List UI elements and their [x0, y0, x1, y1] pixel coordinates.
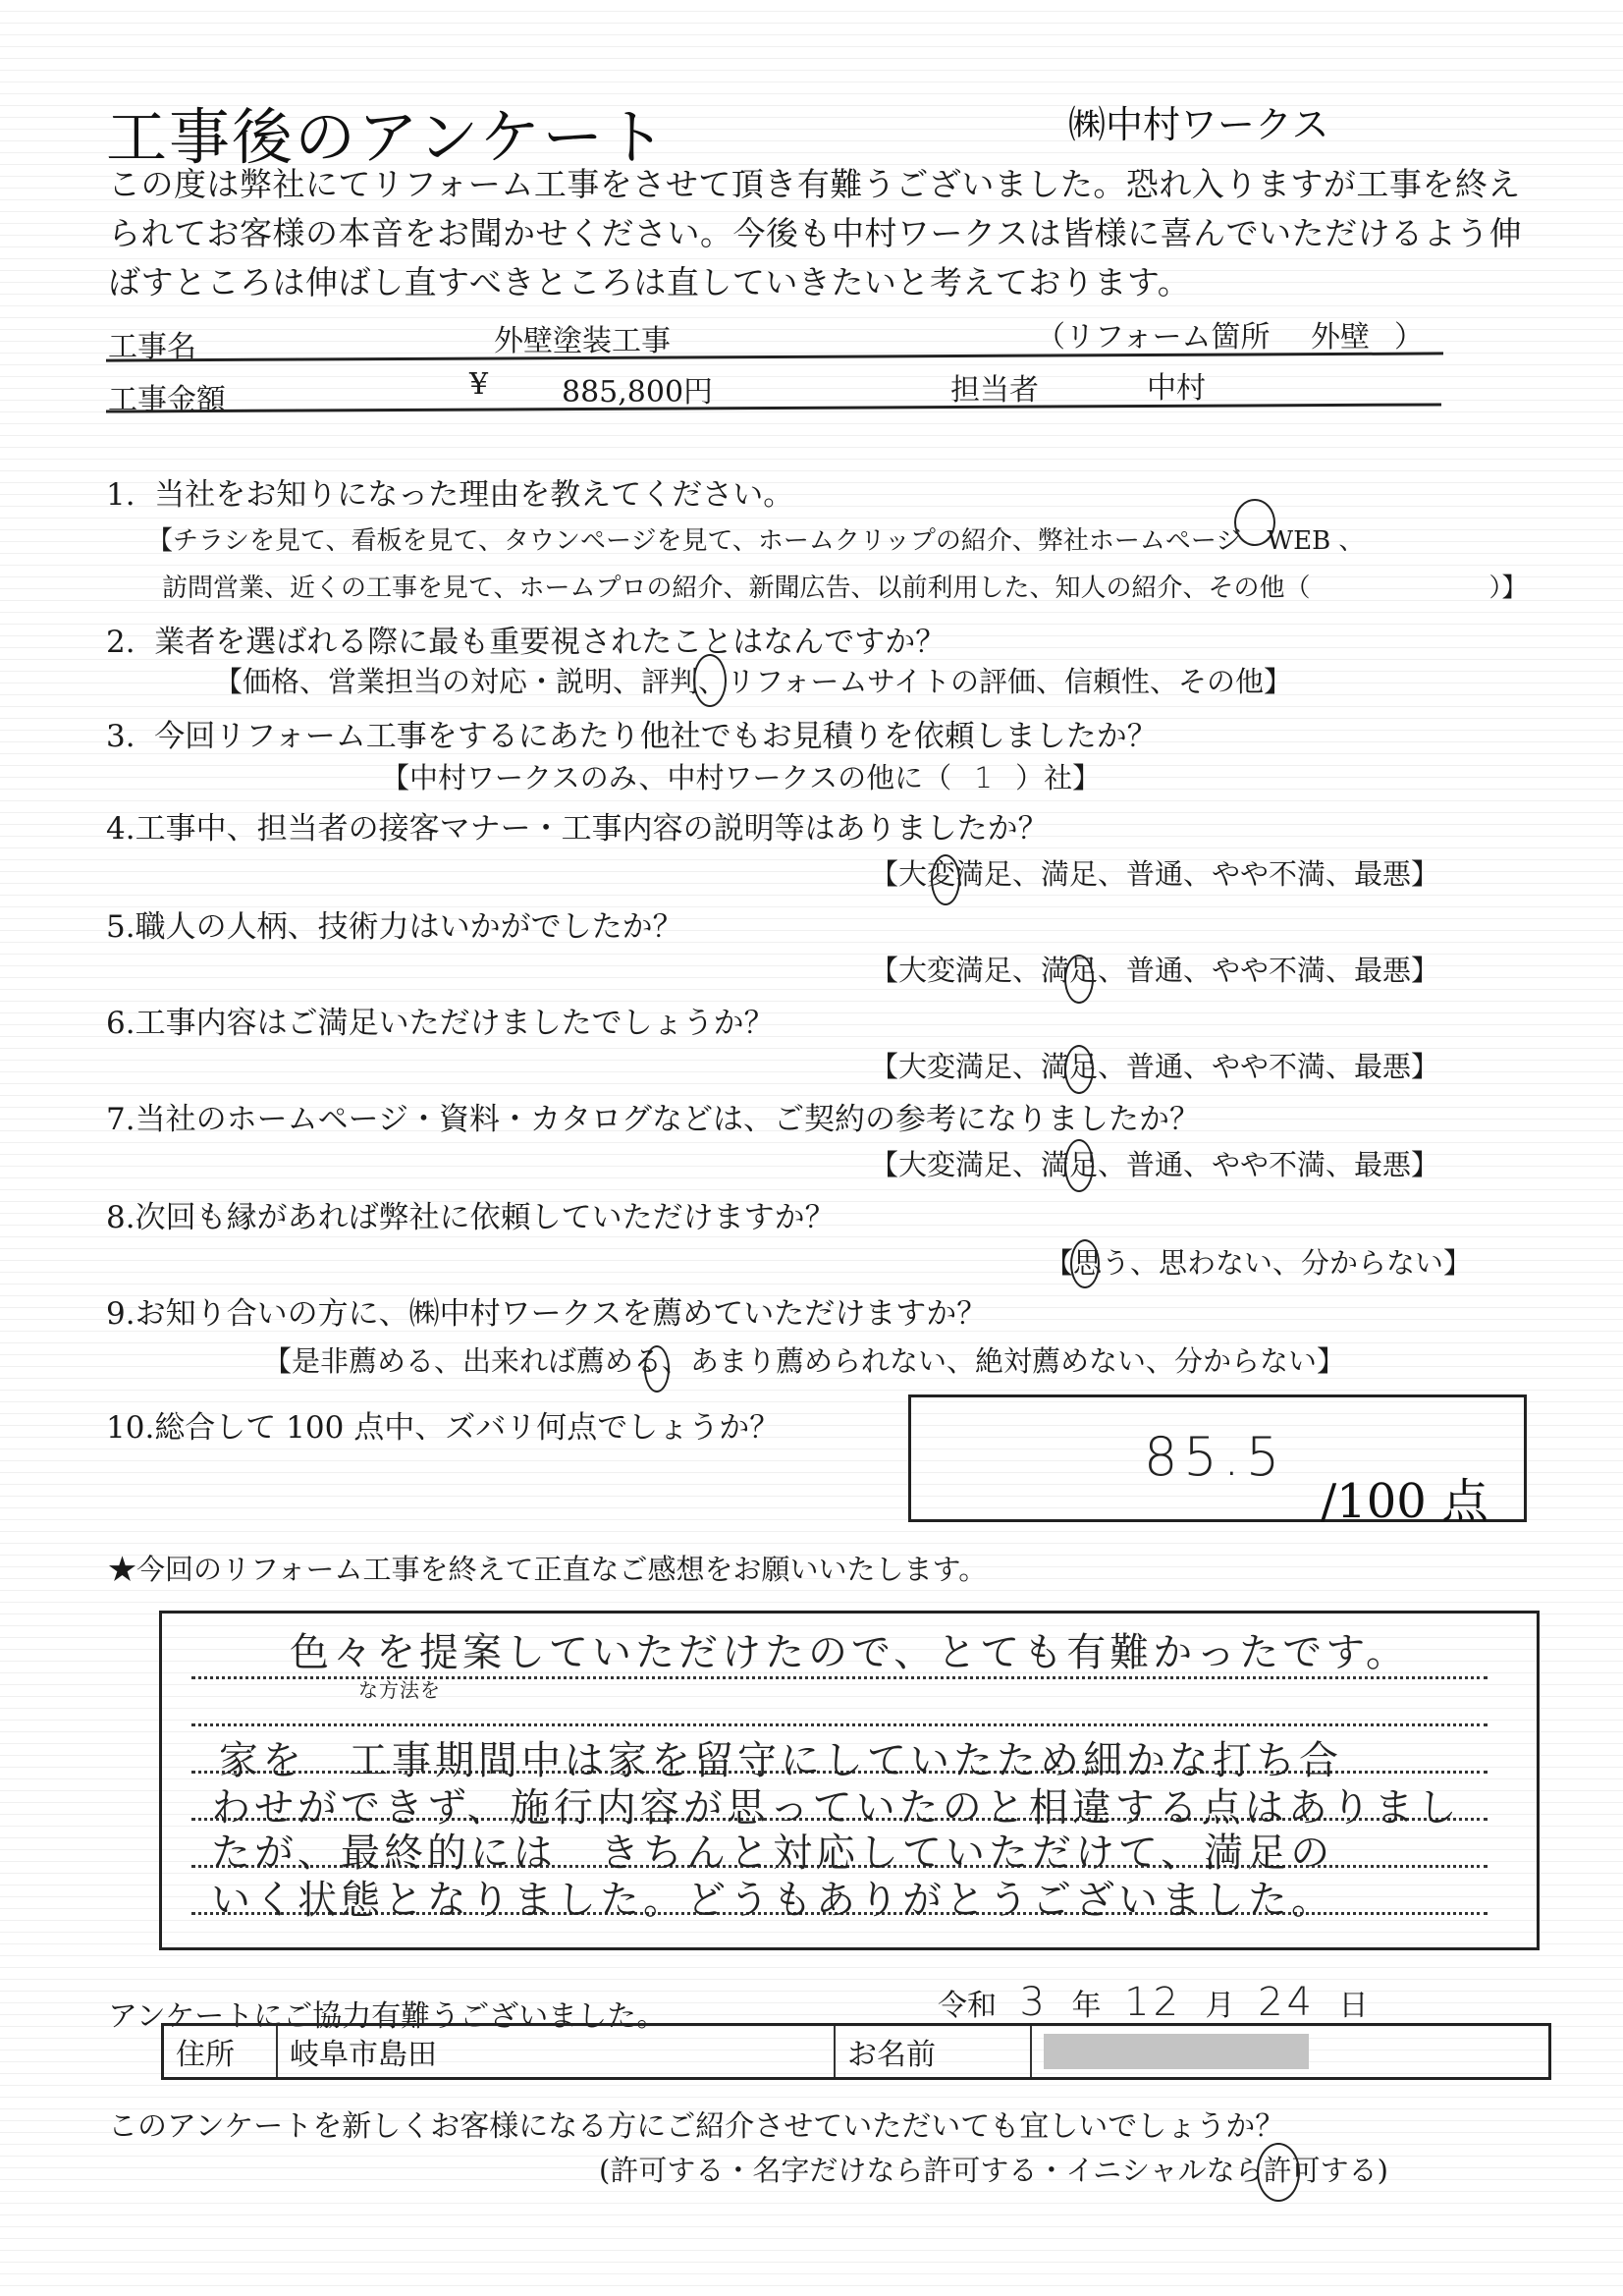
question-1-options-line-1: 【チラシを見て、看板を見て、タウンページを見て、ホームクリップの紹介、弊社ホーム… — [147, 520, 1364, 557]
comment-annotation: な方法を — [358, 1674, 441, 1703]
question-3: 3. 今回リフォーム工事をするにあたり他社でもお見積りを依頼しましたか？ — [106, 711, 1158, 755]
comments-prompt: ★今回のリフォーム工事を終えて正直なご感想をお願いいたします。 — [108, 1548, 987, 1588]
question-1-number: 1. — [106, 477, 135, 513]
question-6-options: 【大変満足、満足、普通、やや不満、最悪】 — [870, 1045, 1439, 1085]
question-3-options: 【中村ワークスのみ、中村ワークスの他に（ 1 ）社】 — [381, 756, 1101, 796]
comment-line-5: いく状態となりました。どうもありがとうございました。 — [211, 1869, 1334, 1925]
address-label: 住所 — [164, 2026, 278, 2077]
intro-line-2: られてお客様の本音をお聞かせください。今後も中村ワークスは皆様に喜んでいただける… — [108, 208, 1522, 254]
project-amount-underline — [106, 403, 1441, 412]
question-9: 9.お知り合いの方に、㈱中村ワークスを薦めていただけますか？ — [106, 1288, 987, 1333]
question-7-number: 7. — [106, 1102, 135, 1137]
question-8-options: 【思う、思わない、分からない】 — [1045, 1241, 1472, 1282]
comment-line-divider — [191, 1723, 1488, 1726]
name-label: お名前 — [836, 2026, 1032, 2077]
project-name-value: 外壁塗装工事 — [494, 316, 671, 359]
question-7: 7.当社のホームページ・資料・カタログなどは、ご契約の参考になりましたか？ — [106, 1094, 1200, 1138]
score-suffix: /100 点 — [1321, 1463, 1488, 1531]
question-4-selection-circle[interactable] — [931, 854, 960, 905]
question-3-text: 今回リフォーム工事をするにあたり他社でもお見積りを依頼しましたか？ — [154, 719, 1157, 754]
comment-line-1: 色々を提案していただけたので、とても有難かったです。 — [290, 1621, 1409, 1677]
question-8-number: 8. — [106, 1200, 135, 1235]
date-year[interactable]: 3 — [1020, 1980, 1049, 2025]
question-5: 5.職人の人柄、技術力はいかがでしたか？ — [106, 902, 683, 946]
project-location-suffix: ） — [1394, 312, 1424, 355]
question-2-options: 【価格、営業担当の対応・説明、評判、リフォームサイトの評価、信頼性、その他】 — [214, 660, 1292, 700]
date-day-unit: 日 — [1339, 1989, 1369, 2023]
intro-line-1: この度は弊社にてリフォーム工事をさせて頂き有難うございました。恐れ入りますが工事… — [108, 159, 1521, 205]
address-value[interactable]: 岐阜市島田 — [278, 2026, 836, 2077]
date-month[interactable]: 12 — [1124, 1980, 1182, 2025]
question-4-number: 4. — [106, 811, 135, 847]
other-company-count[interactable]: 1 — [960, 761, 1005, 794]
project-location-value: 外壁 — [1311, 312, 1370, 355]
question-5-selection-circle[interactable] — [1064, 955, 1094, 1004]
question-2-text: 業者を選ばれる際に最も重要視されたことはなんですか？ — [154, 625, 946, 660]
question-1-selection-circle[interactable] — [1234, 499, 1275, 546]
question-10-number: 10. — [106, 1410, 154, 1446]
question-8-selection-circle[interactable] — [1070, 1239, 1100, 1288]
staff-value: 中村 — [1147, 363, 1206, 407]
question-3-number: 3. — [106, 719, 135, 754]
question-4: 4.工事中、担当者の接客マナー・工事内容の説明等はありましたか？ — [106, 803, 1049, 847]
comments-box[interactable]: 色々を提案していただけたので、とても有難かったです。 な方法を 家を 工事期間中… — [159, 1611, 1540, 1950]
question-1: 1. 当社をお知りになった理由を教えてください。 — [106, 469, 793, 514]
question-10: 10.総合して 100 点中、ズバリ何点でしょうか？ — [106, 1402, 780, 1447]
date-day[interactable]: 24 — [1258, 1980, 1316, 2025]
question-7-options: 【大変満足、満足、普通、やや不満、最悪】 — [870, 1143, 1439, 1183]
question-6: 6.工事内容はご満足いただけましたでしょうか？ — [106, 998, 775, 1042]
project-location-prefix: （リフォーム箇所 — [1036, 312, 1271, 355]
question-9-options: 【是非薦める、出来れば薦める、あまり薦められない、絶対薦めない、分からない】 — [263, 1339, 1345, 1380]
question-9-text: お知り合いの方に、㈱中村ワークスを薦めていただけますか？ — [135, 1296, 988, 1332]
question-5-text: 職人の人柄、技術力はいかがでしたか？ — [135, 909, 683, 945]
project-amount-currency: ¥ — [469, 367, 488, 402]
question-9-selection-circle[interactable] — [644, 1345, 670, 1393]
company-name: ㈱中村ワークス — [1068, 94, 1329, 148]
question-2-selection-circle[interactable] — [693, 654, 727, 707]
date-month-unit: 月 — [1206, 1989, 1235, 2023]
question-6-number: 6. — [106, 1006, 135, 1041]
permission-question: このアンケートを新しくお客様になる方にご紹介させていただいても宜しいでしょうか？ — [108, 2102, 1284, 2145]
question-5-number: 5. — [106, 909, 135, 945]
redacted-name-block — [1044, 2034, 1309, 2069]
question-2-number: 2. — [106, 625, 135, 660]
question-6-selection-circle[interactable] — [1064, 1045, 1094, 1094]
question-1-options-line-2: 訪問営業、近くの工事を見て、ホームプロの紹介、新聞広告、以前利用した、知人の紹介… — [162, 568, 1527, 604]
staff-label: 担当者 — [950, 365, 1039, 409]
intro-line-3: ばすところは伸ばし直すべきところは直していきたいと考えております。 — [108, 257, 1190, 303]
date-year-unit: 年 — [1072, 1989, 1102, 2023]
question-6-text: 工事内容はご満足いただけましたでしょうか？ — [135, 1006, 775, 1041]
project-name-underline — [106, 352, 1443, 361]
question-7-text: 当社のホームページ・資料・カタログなどは、ご契約の参考になりましたか？ — [135, 1102, 1200, 1137]
name-value[interactable] — [1032, 2026, 1548, 2077]
question-4-text: 工事中、担当者の接客マナー・工事内容の説明等はありましたか？ — [135, 811, 1049, 847]
question-3-options-suffix: ）社】 — [1015, 761, 1101, 794]
question-10-text: 総合して 100 点中、ズバリ何点でしょうか？ — [154, 1410, 780, 1446]
question-7-selection-circle[interactable] — [1064, 1139, 1094, 1192]
question-2: 2. 業者を選ばれる際に最も重要視されたことはなんですか？ — [106, 617, 946, 661]
question-3-options-prefix: 【中村ワークスのみ、中村ワークスの他に（ — [381, 761, 951, 794]
question-5-options: 【大変満足、満足、普通、やや不満、最悪】 — [870, 949, 1439, 989]
project-amount-value: 885,800円 — [562, 367, 713, 410]
question-1-text: 当社をお知りになった理由を教えてください。 — [154, 477, 793, 513]
date: 令和 3 年 12 月 24 日 — [938, 1980, 1369, 2025]
permission-selection-circle[interactable] — [1257, 2143, 1300, 2202]
question-9-number: 9. — [106, 1296, 135, 1332]
customer-info-table: 住所 岐阜市島田 お名前 — [161, 2023, 1551, 2080]
question-8-text: 次回も縁があれば弊社に依頼していただけますか？ — [135, 1200, 836, 1235]
score-value[interactable]: 85.5 — [1144, 1426, 1285, 1488]
date-era: 令和 — [938, 1989, 997, 2023]
question-8: 8.次回も縁があれば弊社に依頼していただけますか？ — [106, 1192, 836, 1236]
